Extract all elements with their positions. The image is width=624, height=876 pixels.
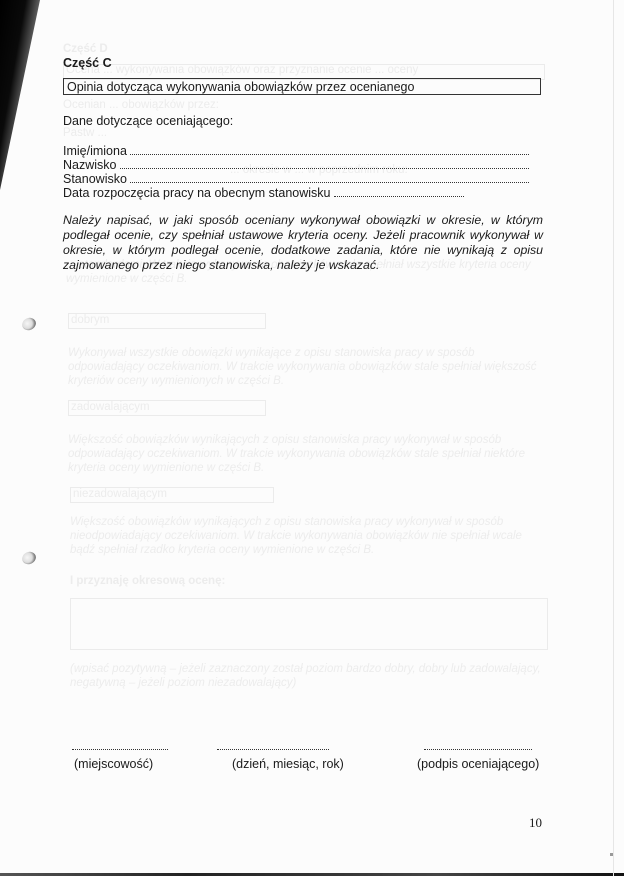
- field-label: Nazwisko: [63, 158, 117, 172]
- ghost-paragraph-3: Większość obowiązków wynikających z opis…: [68, 433, 548, 475]
- signature-label-place: (miejscowość): [74, 757, 153, 771]
- fill-in-line[interactable]: [334, 186, 464, 197]
- ghost-rating-satisfactory: zadowalającym: [71, 401, 150, 413]
- ghost-rating-unsatisfactory: niezadowalającym: [73, 488, 167, 500]
- scan-speck: [610, 853, 613, 856]
- field-position[interactable]: Stanowisko: [63, 172, 529, 186]
- ghost-box-title: Ocena ... wykonywania obowiązków oraz pr…: [66, 64, 418, 76]
- fill-in-line[interactable]: [130, 144, 529, 155]
- signature-line-evaluator[interactable]: [424, 749, 532, 750]
- field-label: Stanowisko: [63, 172, 127, 186]
- scan-shadow-corner: [0, 0, 40, 190]
- ghost-line-2: Pastw ...: [63, 127, 107, 139]
- field-first-name[interactable]: Imię/imiona: [63, 144, 529, 158]
- signature-line-place[interactable]: [72, 749, 168, 750]
- ghost-rating-good: dobrym: [71, 314, 109, 326]
- fill-in-line[interactable]: [120, 158, 530, 169]
- opinion-box-title: Opinia dotycząca wykonywania obowiązków …: [63, 78, 541, 95]
- field-last-name[interactable]: Nazwisko: [63, 158, 529, 172]
- ghost-final-rating-note: (wpisać pozytywną – jeżeli zaznaczony zo…: [70, 662, 546, 690]
- ghost-final-rating-label: I przyznaję okresową ocenę:: [70, 575, 225, 587]
- page-edge: [613, 0, 614, 876]
- section-title: Część C: [63, 56, 112, 70]
- scanned-page: Część D Ocena ... wykonywania obowiązków…: [0, 0, 624, 876]
- signature-line-date[interactable]: [217, 749, 329, 750]
- binder-hole-icon: [20, 316, 38, 333]
- ghost-section-title: Część D: [63, 43, 108, 55]
- ghost-paragraph-2: Wykonywał wszystkie obowiązki wynikające…: [68, 346, 548, 388]
- signature-label-date: (dzień, miesiąc, rok): [232, 757, 344, 771]
- ghost-paragraph-4: Większość obowiązków wynikających z opis…: [70, 515, 550, 557]
- instruction-paragraph: Należy napisać, w jaki sposób oceniany w…: [63, 213, 543, 273]
- fill-in-line[interactable]: [130, 172, 529, 183]
- evaluator-heading: Dane dotyczące oceniającego:: [63, 114, 233, 128]
- ghost-line-1: Ocenian ... obowiązków przez:: [63, 99, 219, 111]
- ghost-final-rating-box: [70, 598, 548, 650]
- field-label: Data rozpoczęcia pracy na obecnym stanow…: [63, 186, 331, 200]
- binder-hole-icon: [20, 550, 38, 567]
- signature-label-evaluator: (podpis oceniającego): [417, 757, 539, 771]
- field-label: Imię/imiona: [63, 144, 127, 158]
- page-number: 10: [529, 815, 542, 831]
- field-start-date[interactable]: Data rozpoczęcia pracy na obecnym stanow…: [63, 186, 529, 200]
